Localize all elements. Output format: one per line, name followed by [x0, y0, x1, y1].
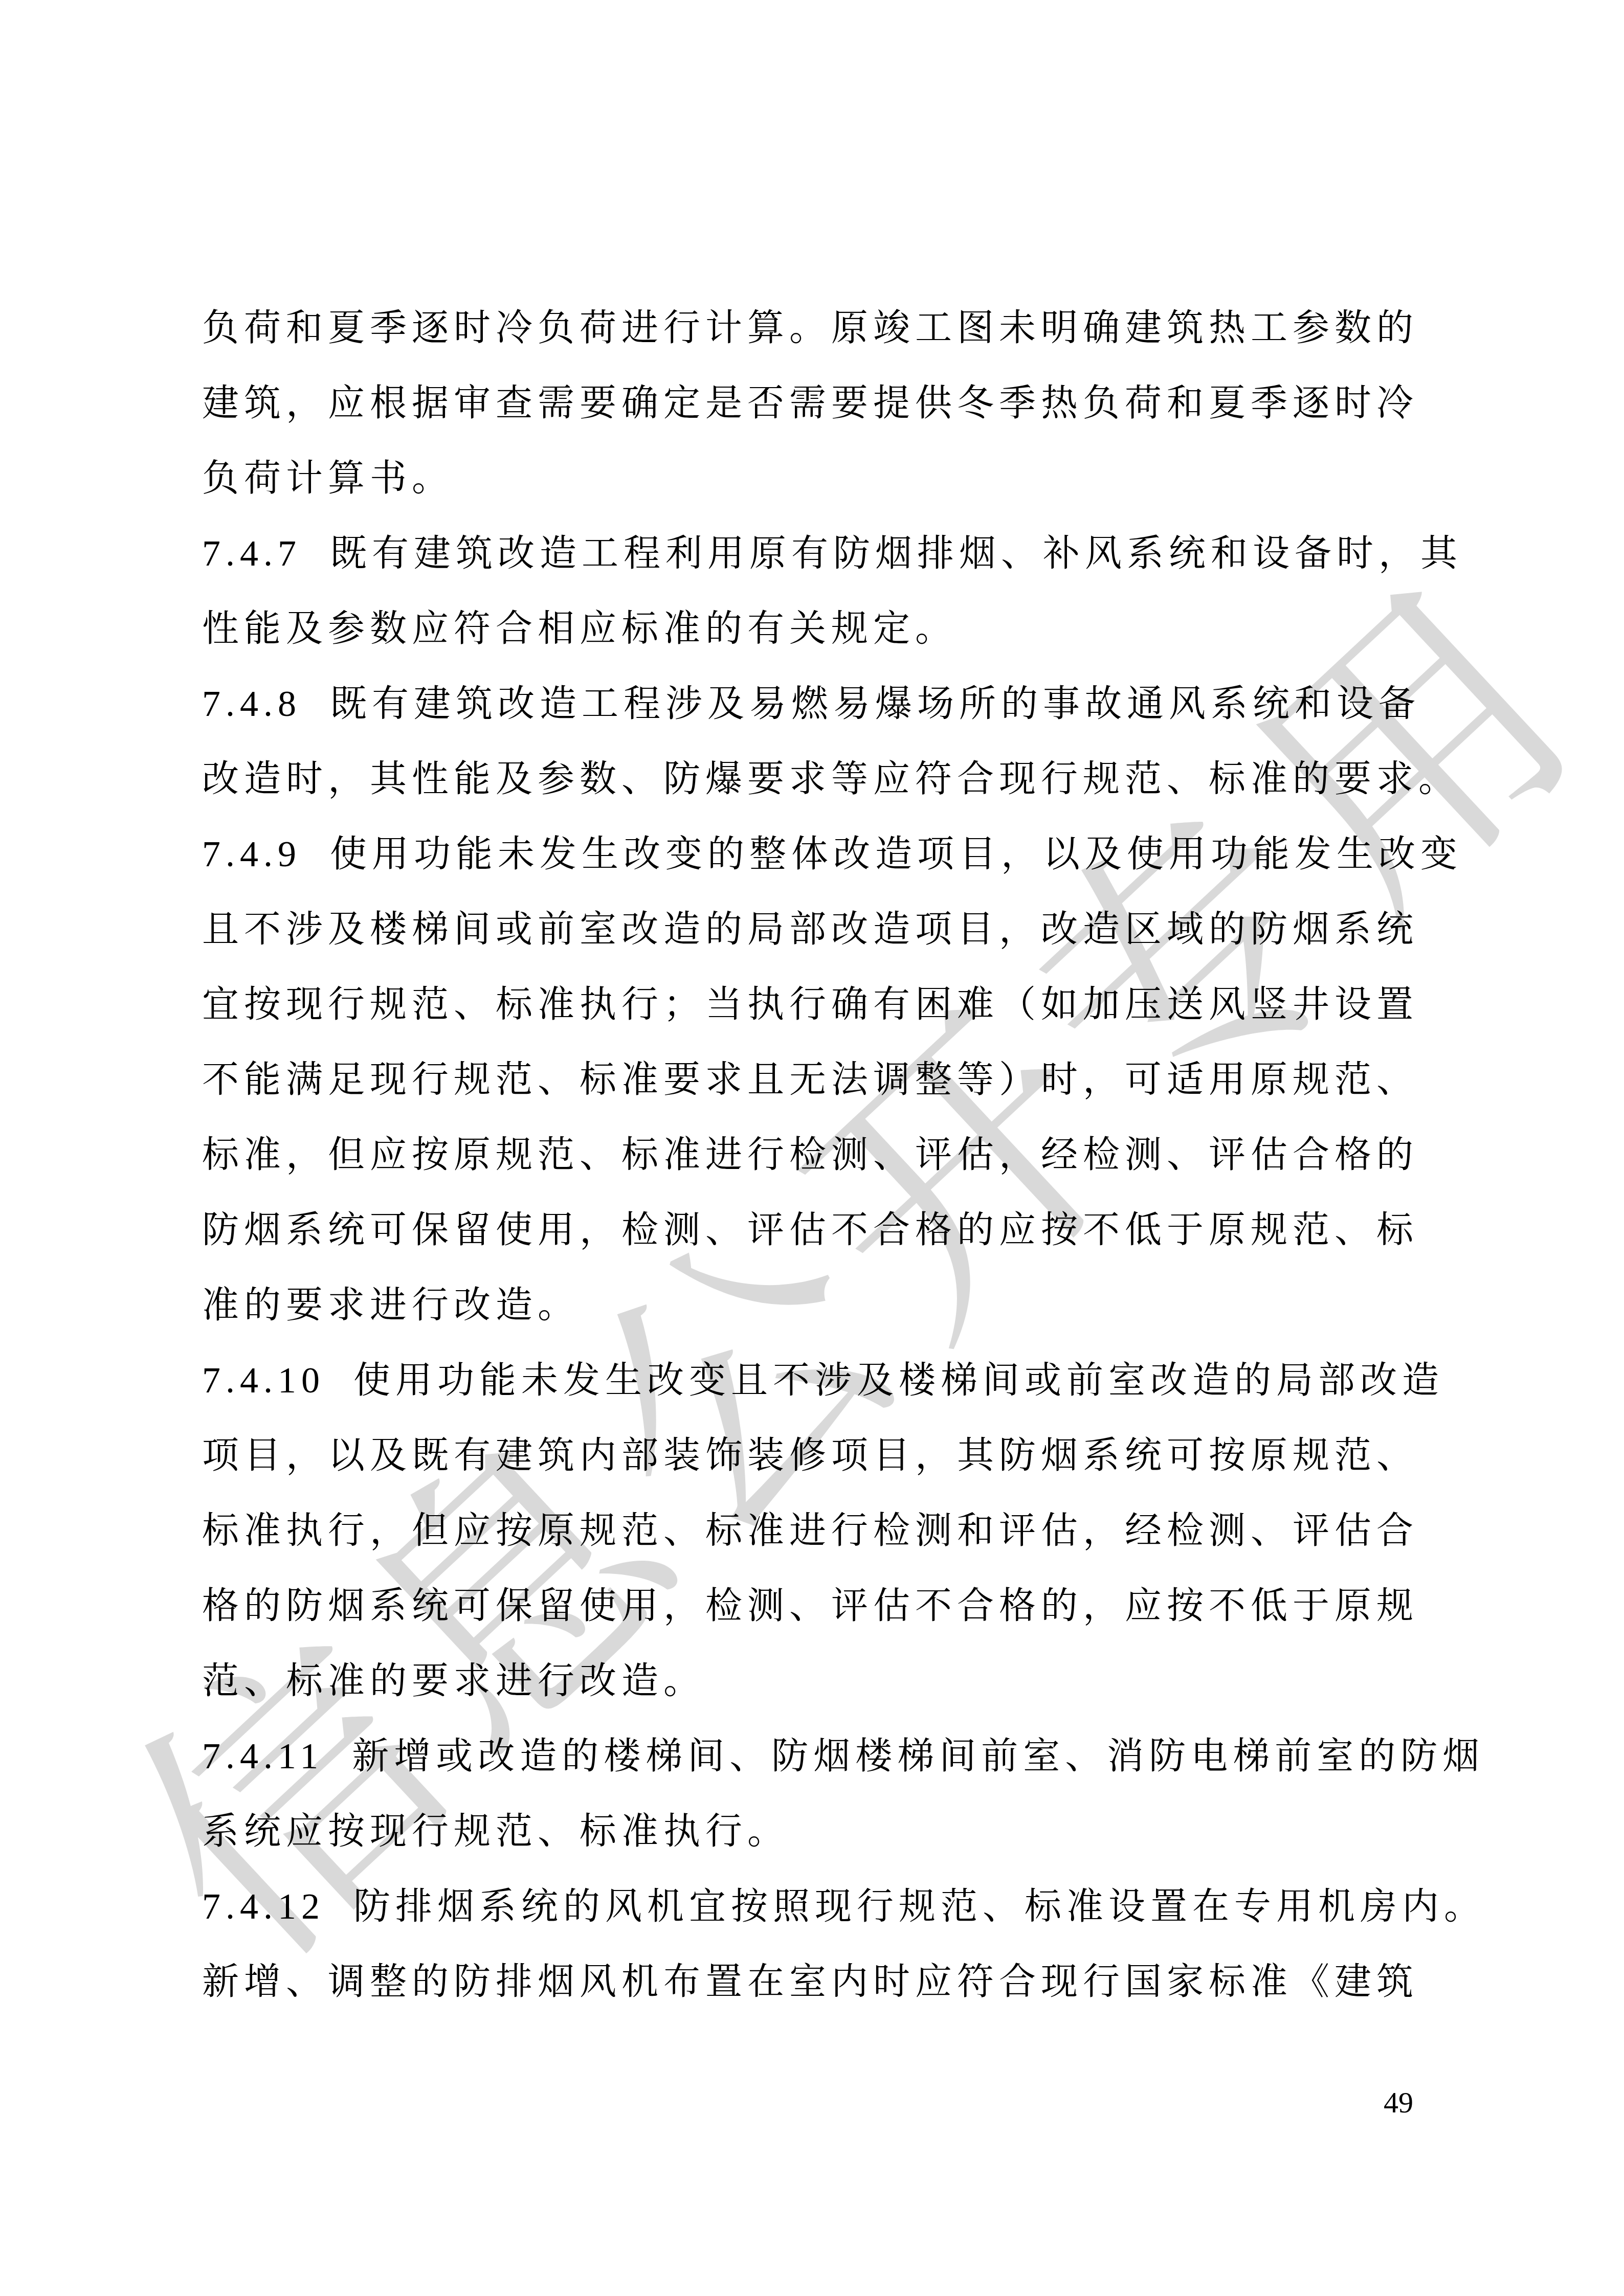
document-page: 信息公开专用 负荷和夏季逐时冷负荷进行计算。原竣工图未明确建筑热工参数的 建筑，…	[0, 0, 1624, 2296]
text-line: 新增、调整的防排烟风机布置在室内时应符合现行国家标准《建筑	[202, 1944, 1430, 2019]
text-line: 7.4.9 使用功能未发生改变的整体改造项目，以及使用功能发生改变	[202, 817, 1430, 892]
text-line: 系统应按现行规范、标准执行。	[202, 1794, 1430, 1869]
text-line: 防烟系统可保留使用，检测、评估不合格的应按不低于原规范、标	[202, 1192, 1430, 1268]
text-line: 负荷和夏季逐时冷负荷进行计算。原竣工图未明确建筑热工参数的	[202, 290, 1430, 366]
text-line: 且不涉及楼梯间或前室改造的局部改造项目，改造区域的防烟系统	[202, 892, 1430, 967]
text-line: 准的要求进行改造。	[202, 1268, 1430, 1343]
text-line: 7.4.8 既有建筑改造工程涉及易燃易爆场所的事故通风系统和设备	[202, 666, 1430, 741]
text-line: 不能满足现行规范、标准要求且无法调整等）时，可适用原规范、	[202, 1042, 1430, 1117]
text-line: 格的防烟系统可保留使用，检测、评估不合格的，应按不低于原规	[202, 1568, 1430, 1644]
text-line: 改造时，其性能及参数、防爆要求等应符合现行规范、标准的要求。	[202, 741, 1430, 817]
page-number: 49	[1384, 2085, 1413, 2120]
text-line: 7.4.11 新增或改造的楼梯间、防烟楼梯间前室、消防电梯前室的防烟	[202, 1719, 1430, 1794]
text-line: 宜按现行规范、标准执行；当执行确有困难（如加压送风竖井设置	[202, 967, 1430, 1042]
text-line: 标准，但应按原规范、标准进行检测、评估，经检测、评估合格的	[202, 1117, 1430, 1192]
text-line: 7.4.7 既有建筑改造工程利用原有防烟排烟、补风系统和设备时，其	[202, 516, 1430, 591]
text-line: 7.4.12 防排烟系统的风机宜按照现行规范、标准设置在专用机房内。	[202, 1869, 1430, 1944]
text-line: 性能及参数应符合相应标准的有关规定。	[202, 591, 1430, 666]
document-body: 负荷和夏季逐时冷负荷进行计算。原竣工图未明确建筑热工参数的 建筑，应根据审查需要…	[202, 290, 1430, 2019]
text-line: 范、标准的要求进行改造。	[202, 1644, 1430, 1719]
text-line: 标准执行，但应按原规范、标准进行检测和评估，经检测、评估合	[202, 1493, 1430, 1568]
text-line: 7.4.10 使用功能未发生改变且不涉及楼梯间或前室改造的局部改造	[202, 1343, 1430, 1418]
text-line: 建筑，应根据审查需要确定是否需要提供冬季热负荷和夏季逐时冷	[202, 366, 1430, 441]
text-line: 项目，以及既有建筑内部装饰装修项目，其防烟系统可按原规范、	[202, 1418, 1430, 1493]
text-line: 负荷计算书。	[202, 441, 1430, 516]
